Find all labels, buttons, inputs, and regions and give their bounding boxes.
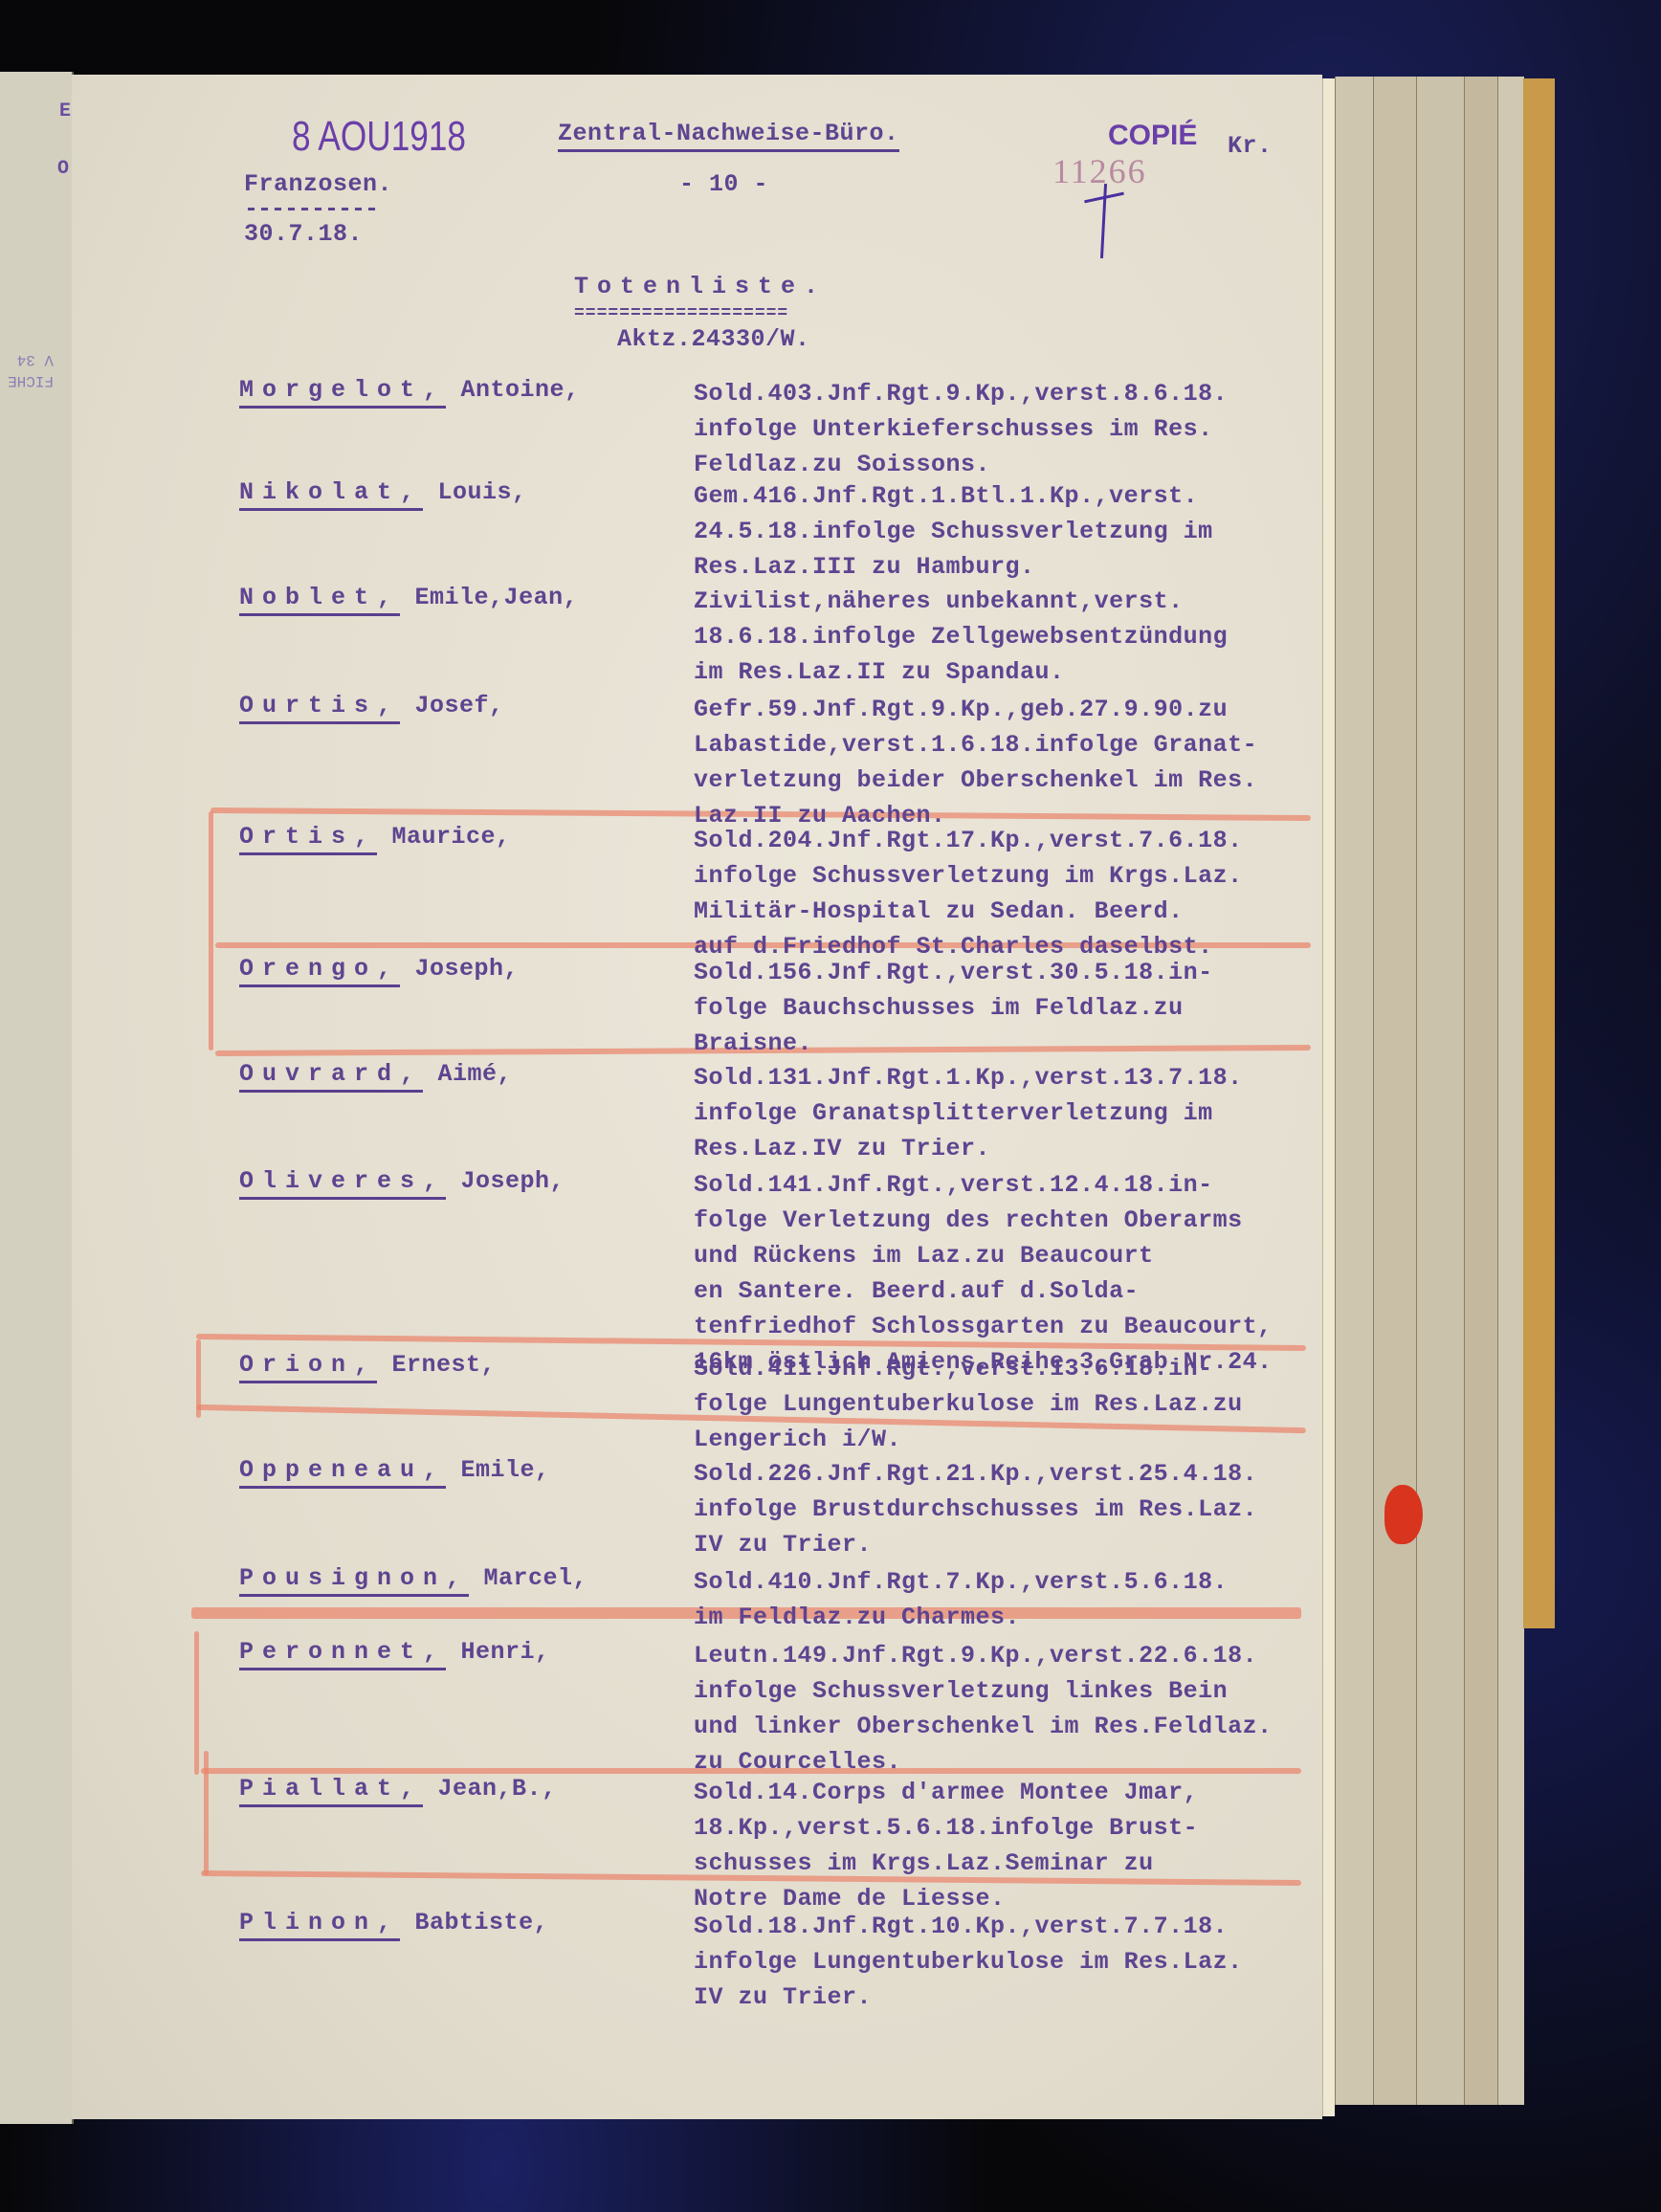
entry-name: Ouvrard, Aimé, <box>239 1060 512 1088</box>
entry-name: Piallat, Jean,B., <box>239 1775 557 1803</box>
prev-page-char: E <box>59 100 71 122</box>
page-stack <box>1497 77 1524 2105</box>
entry-details: Leutn.149.Jnf.Rgt.9.Kp.,verst.22.6.18.in… <box>694 1638 1273 1780</box>
list-date: 30.7.18. <box>244 220 363 248</box>
fiche-stamp: FICHE V 34 <box>8 349 54 391</box>
page-stack <box>1416 77 1465 2105</box>
entry-name: Oliveres, Joseph, <box>239 1167 565 1195</box>
file-reference: Aktz.24330/W. <box>617 325 810 353</box>
entry-name: Plinon, Babtiste, <box>239 1909 548 1936</box>
page-number: - 10 - <box>679 170 768 198</box>
kr-label: Kr. <box>1228 132 1273 160</box>
entry-details: Sold.403.Jnf.Rgt.9.Kp.,verst.8.6.18.info… <box>694 376 1228 482</box>
entry-details: Sold.156.Jnf.Rgt.,verst.30.5.18.in-folge… <box>694 955 1213 1061</box>
register-number: 11266 <box>1052 151 1147 191</box>
copy-stamp: COPIÉ <box>1108 120 1197 152</box>
orange-card-edge <box>1523 78 1555 1628</box>
entry-name: Nikolat, Louis, <box>239 478 527 506</box>
entry-details: Sold.131.Jnf.Rgt.1.Kp.,verst.13.7.18.inf… <box>694 1060 1243 1166</box>
category-label: Franzosen. <box>244 170 392 198</box>
entry-name: Ourtis, Josef, <box>239 692 504 719</box>
entry-details: Sold.18.Jnf.Rgt.10.Kp.,verst.7.7.18.info… <box>694 1909 1243 2015</box>
previous-page-edge: E O FICHE V 34 <box>0 72 74 2124</box>
entry-name: Morgelot, Antoine, <box>239 376 580 404</box>
list-title: Totenliste. <box>574 273 827 300</box>
page-stack <box>1464 77 1498 2105</box>
entry-name: Pousignon, Marcel, <box>239 1564 587 1592</box>
entry-name: Ortis, Maurice, <box>239 823 511 851</box>
page-stack <box>1373 77 1417 2105</box>
entry-details: Zivilist,näheres unbekannt,verst.18.6.18… <box>694 584 1228 690</box>
page-edge <box>1322 78 1335 2116</box>
red-bracket <box>204 1751 209 1875</box>
entry-details: Sold.226.Jnf.Rgt.21.Kp.,verst.25.4.18.in… <box>694 1456 1257 1562</box>
office-title: Zentral-Nachweise-Büro. <box>558 120 899 147</box>
entry-name: Orion, Ernest, <box>239 1351 496 1379</box>
entry-details: Sold.410.Jnf.Rgt.7.Kp.,verst.5.6.18.im F… <box>694 1564 1228 1635</box>
entry-name: Noblet, Emile,Jean, <box>239 584 578 611</box>
date-stamp: 8 AOU1918 <box>292 113 466 161</box>
entry-details: Sold.141.Jnf.Rgt.,verst.12.4.18.in-folge… <box>694 1167 1273 1380</box>
entry-name: Oppeneau, Emile, <box>239 1456 550 1484</box>
entry-details: Sold.14.Corps d'armee Montee Jmar,18.Kp.… <box>694 1775 1198 1916</box>
entry-name: Peronnet, Henri, <box>239 1638 550 1666</box>
title-rule: =================== <box>574 304 788 323</box>
entry-details: Gefr.59.Jnf.Rgt.9.Kp.,geb.27.9.90.zuLaba… <box>694 692 1257 833</box>
entry-details: Gem.416.Jnf.Rgt.1.Btl.1.Kp.,verst.24.5.1… <box>694 478 1213 585</box>
entry-details: Sold.204.Jnf.Rgt.17.Kp.,verst.7.6.18.inf… <box>694 823 1243 964</box>
page-stack <box>1335 77 1374 2105</box>
red-bracket <box>194 1631 199 1775</box>
prev-page-char: O <box>57 158 69 180</box>
entry-details: Sold.411.Jnf.Rgt.,verst.13.6.18.in-folge… <box>694 1351 1243 1457</box>
red-bracket <box>196 1339 201 1418</box>
red-bracket <box>209 811 213 1051</box>
category-rule: ---------- <box>244 195 378 223</box>
entry-name: Orengo, Joseph, <box>239 955 519 983</box>
red-wax-seal <box>1384 1485 1423 1544</box>
